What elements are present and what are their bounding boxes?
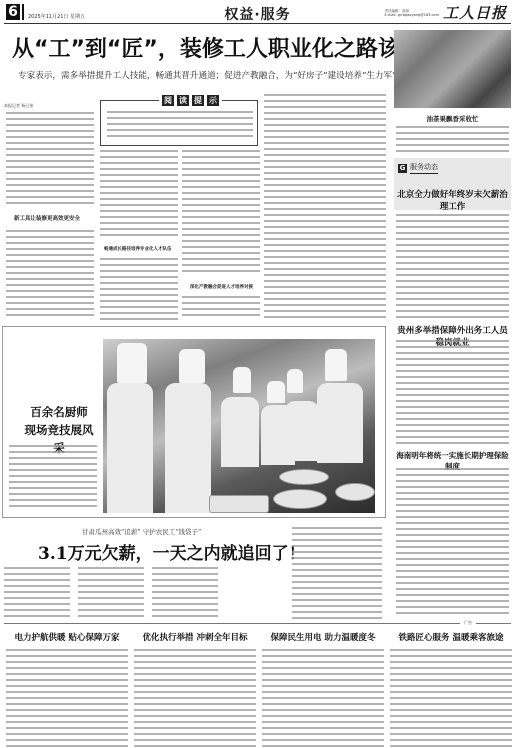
chef-figure xyxy=(285,401,319,461)
story-title[interactable]: 3.1万元欠薪，一天之内就追回了！ xyxy=(38,539,306,564)
chef-hat xyxy=(267,381,285,403)
news-body-3 xyxy=(396,468,509,618)
lead-subhead: 专家表示，需多举措提升工人技能，畅通其晋升通道；促进产教融合，为“好房子”建设培… xyxy=(18,69,397,81)
chef-hat xyxy=(325,349,347,381)
photo-title-line-1: 百余名厨师 xyxy=(19,403,99,421)
lead-column-4 xyxy=(264,94,386,320)
service-news-header: G 服务动态 北京全力做好年终岁末欠薪治理工作 xyxy=(394,158,511,210)
bottom-story-title[interactable]: 铁路匠心服务 温暖乘客旅途 xyxy=(390,631,512,643)
reading-tips-box: 阅 读 提 示 xyxy=(100,100,258,146)
story-column-4 xyxy=(292,527,382,619)
service-heading: G 服务动态 xyxy=(398,162,438,174)
ad-divider xyxy=(4,623,511,624)
editor-email: E-mail: grrbgaoyang@163.com xyxy=(385,13,439,17)
lead-column-1-top xyxy=(6,112,94,204)
service-title: 服务动态 xyxy=(410,162,438,174)
bottom-story-body xyxy=(390,649,512,748)
news-body-1 xyxy=(396,214,509,318)
lead-column-3-bottom xyxy=(182,296,260,320)
reading-tips-title: 阅 读 提 示 xyxy=(159,95,222,106)
oil-tea-harvest-photo[interactable] xyxy=(394,30,511,108)
tips-char: 提 xyxy=(192,95,204,106)
tips-char: 读 xyxy=(177,95,189,106)
story-column-1 xyxy=(4,567,70,619)
chef-hat xyxy=(233,367,251,393)
harvest-caption xyxy=(396,126,509,156)
story-column-3 xyxy=(152,567,218,619)
harvest-photo-title: 油茶果飘香采收忙 xyxy=(394,114,511,123)
lead-column-2-bottom xyxy=(100,258,178,320)
photo-caption xyxy=(9,445,97,509)
dish xyxy=(335,483,375,501)
dish xyxy=(273,489,327,509)
service-g-icon: G xyxy=(398,164,407,173)
bottom-story-title[interactable]: 电力护航供暖 贴心保障万家 xyxy=(6,631,128,643)
bottom-story-title[interactable]: 保障民生用电 助力温暖度冬 xyxy=(262,631,384,643)
lead-subsection-1: 新工具让装修更高效更安全 xyxy=(14,214,80,222)
chef-figure xyxy=(107,383,153,513)
lead-column-2 xyxy=(100,150,178,240)
editor-info: 责任编辑：高扬 E-mail: grrbgaoyang@163.com xyxy=(385,9,439,17)
bottom-story-body xyxy=(262,649,384,748)
newspaper-logo: 工人日报 xyxy=(443,2,507,23)
lead-column-3 xyxy=(182,150,260,276)
chef-figure xyxy=(317,383,363,463)
tips-char: 示 xyxy=(207,95,219,106)
wage-recovery-story: 甘肃瓜州高效“追薪” 守护农民工“钱袋子” 3.1万元欠薪，一天之内就追回了！ xyxy=(2,523,386,621)
bottom-story: 优化执行举措 冲刺全年目标 xyxy=(134,631,256,748)
dish xyxy=(209,495,269,513)
bottom-story: 铁路匠心服务 温暖乘客旅途 xyxy=(390,631,512,748)
story-column-2 xyxy=(78,567,144,619)
ad-label: 广告 xyxy=(460,620,476,626)
photo-feature: 百余名厨师 现场竞技展风采 xyxy=(2,326,386,518)
bottom-story-title[interactable]: 优化执行举措 冲刺全年目标 xyxy=(134,631,256,643)
news-title[interactable]: 北京全力做好年终岁末欠薪治理工作 xyxy=(394,188,511,212)
lead-byline: 本报记者 杨召奎 xyxy=(4,103,33,109)
lead-subsection-3: 深化产教融合促进人才培养对接 xyxy=(190,284,253,290)
news-body-2 xyxy=(396,340,509,444)
chef-figure xyxy=(165,383,211,513)
lead-column-1-bottom xyxy=(6,230,94,320)
chef-hat xyxy=(179,349,205,383)
masthead: 6 2025年11月21日 星期五 权益·服务 责任编辑：高扬 E-mail: … xyxy=(4,2,511,24)
bottom-story-body xyxy=(134,649,256,748)
tips-char: 阅 xyxy=(162,95,174,106)
chef-figure xyxy=(221,397,259,467)
bottom-story: 保障民生用电 助力温暖度冬 xyxy=(262,631,384,748)
chef-hat xyxy=(287,369,303,393)
bottom-story-body xyxy=(6,649,128,748)
lead-subsection-2: 畅通成长路径培养专业化人才队伍 xyxy=(104,246,172,252)
bottom-story: 电力护航供暖 贴心保障万家 xyxy=(6,631,128,748)
reading-tips-text xyxy=(107,111,253,141)
chef-hat xyxy=(117,343,147,383)
story-kicker: 甘肃瓜州高效“追薪” 守护农民工“钱袋子” xyxy=(82,527,201,536)
dish xyxy=(279,469,329,485)
chefs-photo[interactable] xyxy=(103,339,375,513)
